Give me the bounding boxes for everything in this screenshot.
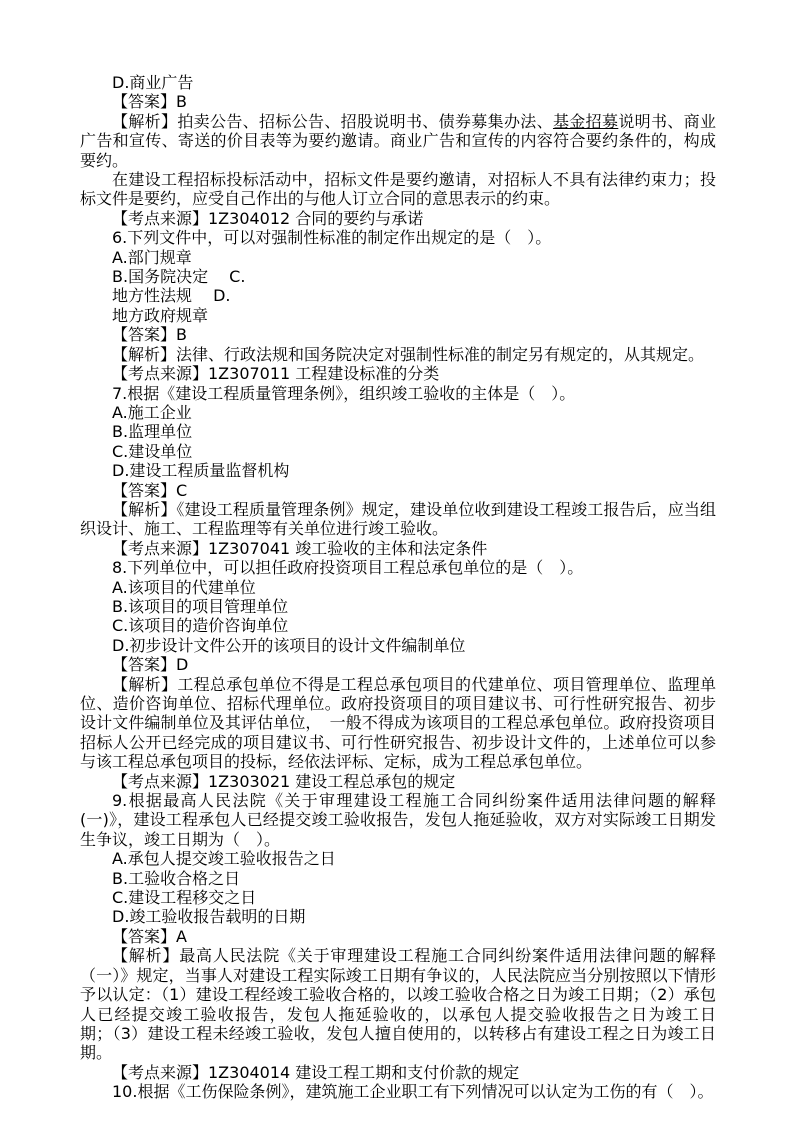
analysis-paragraph: 【解析】工程总承包单位不得是工程总承包项目的代建单位、项目管理单位、监理单位、造… — [80, 675, 716, 772]
question-line: 6.下列文件中，可以对强制性标准的制定作出规定的是（ ）。 — [80, 228, 716, 247]
option-line: B.工验收合格之日 — [80, 869, 716, 888]
option-line: D.商业广告 — [80, 73, 716, 92]
option-line: A.该项目的代建单位 — [80, 578, 716, 597]
option-line: 地方性法规 D. — [80, 286, 716, 305]
document-body: D.商业广告【答案】B【解析】拍卖公告、招标公告、招股说明书、债券募集办法、基金… — [80, 73, 716, 1102]
answer-line: 【答案】A — [80, 927, 716, 946]
source-line: 【考点来源】1Z304012 合同的要约与承诺 — [80, 209, 716, 228]
option-line: D.初步设计文件公开的该项目的设计文件编制单位 — [80, 636, 716, 655]
answer-line: 【答案】D — [80, 655, 716, 674]
text-segment: 【解析】拍卖公告、招标公告、招股说明书、债券募集办法、 — [112, 112, 553, 131]
option-line: D.竣工验收报告载明的日期 — [80, 907, 716, 926]
question-line: 7.根据《建设工程质量管理条例》，组织竣工验收的主体是（ ）。 — [80, 384, 716, 403]
analysis-paragraph: 【解析】法律、行政法规和国务院决定对强制性标准的制定另有规定的，从其规定。 — [80, 345, 716, 364]
question-line: 8.下列单位中，可以担任政府投资项目工程总承包单位的是（ ）。 — [80, 558, 716, 577]
source-line: 【考点来源】1Z304014 建设工程工期和支付价款的规定 — [80, 1063, 716, 1082]
source-line: 【考点来源】1Z303021 建设工程总承包的规定 — [80, 772, 716, 791]
question-line: 9.根据最高人民法院《关于审理建设工程施工合同纠纷案件适用法律问题的解释(一)》… — [80, 791, 716, 849]
option-line: C.建设单位 — [80, 442, 716, 461]
option-line: A.部门规章 — [80, 248, 716, 267]
option-line: C.建设工程移交之日 — [80, 888, 716, 907]
option-line: A.承包人提交竣工验收报告之日 — [80, 849, 716, 868]
option-line: B.国务院决定 C. — [80, 267, 716, 286]
option-line: B.该项目的项目管理单位 — [80, 597, 716, 616]
source-line: 【考点来源】1Z307041 竣工验收的主体和法定条件 — [80, 539, 716, 558]
question-line: 10.根据《工伤保险条例》，建筑施工企业职工有下列情况可以认定为工伤的有（ ）。 — [80, 1082, 716, 1101]
option-line: A.施工企业 — [80, 403, 716, 422]
answer-line: 【答案】B — [80, 92, 716, 111]
underlined-text: 基金招募 — [553, 112, 618, 131]
analysis-paragraph: 【解析】最高人民法院《关于审理建设工程施工合同纠纷案件适用法律问题的解释（一）》… — [80, 946, 716, 1062]
analysis-paragraph: 【解析】拍卖公告、招标公告、招股说明书、债券募集办法、基金招募说明书、商业广告和… — [80, 112, 716, 170]
option-line: B.监理单位 — [80, 422, 716, 441]
analysis-paragraph: 【解析】《建设工程质量管理条例》规定，建设单位收到建设工程竣工报告后，应当组织设… — [80, 500, 716, 539]
document-page: D.商业广告【答案】B【解析】拍卖公告、招标公告、招股说明书、债券募集办法、基金… — [0, 0, 794, 1123]
option-line: D.建设工程质量监督机构 — [80, 461, 716, 480]
answer-line: 【答案】B — [80, 325, 716, 344]
source-line: 【考点来源】1Z307011 工程建设标准的分类 — [80, 364, 716, 383]
option-line: 地方政府规章 — [80, 306, 716, 325]
answer-line: 【答案】C — [80, 481, 716, 500]
option-line: C.该项目的造价咨询单位 — [80, 616, 716, 635]
body-paragraph: 在建设工程招标投标活动中，招标文件是要约邀请，对招标人不具有法律约束力；投标文件… — [80, 170, 716, 209]
